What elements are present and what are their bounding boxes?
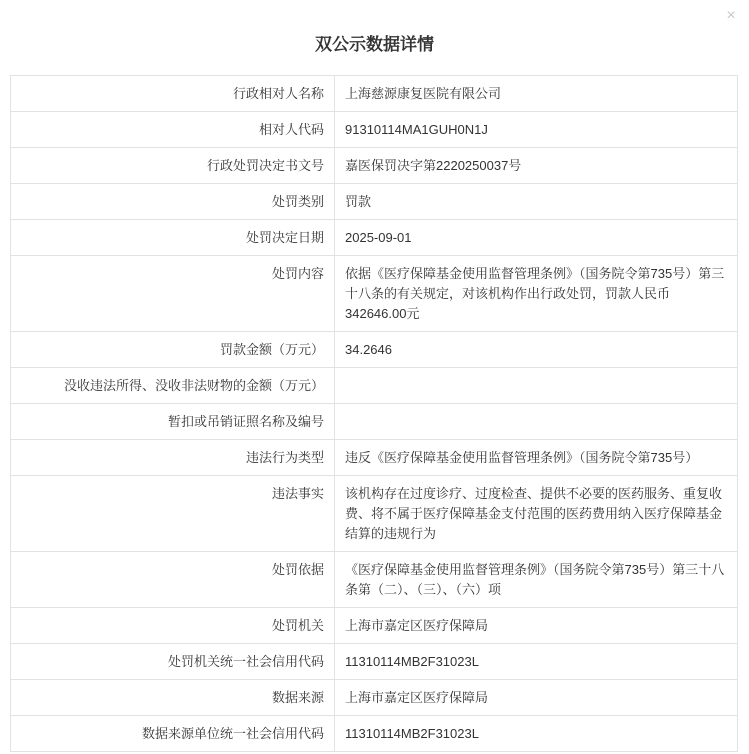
table-row: 行政相对人名称上海慈源康复医院有限公司 xyxy=(11,76,738,112)
row-value: 《医疗保障基金使用监督管理条例》（国务院令第735号）第三十八条第（二）、（三）… xyxy=(335,552,738,608)
row-value xyxy=(335,404,738,440)
close-icon[interactable]: × xyxy=(723,8,739,24)
table-row: 处罚机关统一社会信用代码11310114MB2F31023L xyxy=(11,644,738,680)
table-row: 相对人代码91310114MA1GUH0N1J xyxy=(11,112,738,148)
row-value: 罚款 xyxy=(335,184,738,220)
table-row: 没收违法所得、没收非法财物的金额（万元） xyxy=(11,368,738,404)
table-row: 违法事实该机构存在过度诊疗、过度检查、提供不必要的医药服务、重复收费、将不属于医… xyxy=(11,476,738,552)
dialog-title: 双公示数据详情 xyxy=(0,30,749,55)
row-value: 11310114MB2F31023L xyxy=(335,716,738,752)
row-value: 嘉医保罚决字第2220250037号 xyxy=(335,148,738,184)
row-value: 91310114MA1GUH0N1J xyxy=(335,112,738,148)
row-value: 2025-09-01 xyxy=(335,220,738,256)
row-value: 上海慈源康复医院有限公司 xyxy=(335,76,738,112)
table-row: 处罚内容依据《医疗保障基金使用监督管理条例》（国务院令第735号）第三十八条的有… xyxy=(11,256,738,332)
table-row: 处罚机关上海市嘉定区医疗保障局 xyxy=(11,608,738,644)
row-label: 处罚机关 xyxy=(11,608,335,644)
row-label: 相对人代码 xyxy=(11,112,335,148)
row-label: 处罚类别 xyxy=(11,184,335,220)
row-value: 上海市嘉定区医疗保障局 xyxy=(335,608,738,644)
row-value: 上海市嘉定区医疗保障局 xyxy=(335,680,738,716)
table-row: 行政处罚决定书文号嘉医保罚决字第2220250037号 xyxy=(11,148,738,184)
row-value: 11310114MB2F31023L xyxy=(335,644,738,680)
row-label: 处罚依据 xyxy=(11,552,335,608)
row-value: 依据《医疗保障基金使用监督管理条例》（国务院令第735号）第三十八条的有关规定，… xyxy=(335,256,738,332)
table-row: 处罚依据《医疗保障基金使用监督管理条例》（国务院令第735号）第三十八条第（二）… xyxy=(11,552,738,608)
table-row: 暂扣或吊销证照名称及编号 xyxy=(11,404,738,440)
row-value: 34.2646 xyxy=(335,332,738,368)
row-value xyxy=(335,368,738,404)
row-value: 违反《医疗保障基金使用监督管理条例》（国务院令第735号） xyxy=(335,440,738,476)
row-label: 罚款金额（万元） xyxy=(11,332,335,368)
row-label: 数据来源单位统一社会信用代码 xyxy=(11,716,335,752)
row-label: 处罚决定日期 xyxy=(11,220,335,256)
table-row: 处罚类别罚款 xyxy=(11,184,738,220)
row-label: 没收违法所得、没收非法财物的金额（万元） xyxy=(11,368,335,404)
row-value: 该机构存在过度诊疗、过度检查、提供不必要的医药服务、重复收费、将不属于医疗保障基… xyxy=(335,476,738,552)
table-row: 罚款金额（万元）34.2646 xyxy=(11,332,738,368)
row-label: 数据来源 xyxy=(11,680,335,716)
table-row: 数据来源单位统一社会信用代码11310114MB2F31023L xyxy=(11,716,738,752)
table-row: 违法行为类型违反《医疗保障基金使用监督管理条例》（国务院令第735号） xyxy=(11,440,738,476)
row-label: 暂扣或吊销证照名称及编号 xyxy=(11,404,335,440)
row-label: 违法事实 xyxy=(11,476,335,552)
row-label: 处罚内容 xyxy=(11,256,335,332)
table-row: 数据来源上海市嘉定区医疗保障局 xyxy=(11,680,738,716)
row-label: 违法行为类型 xyxy=(11,440,335,476)
details-table: 行政相对人名称上海慈源康复医院有限公司 相对人代码91310114MA1GUH0… xyxy=(10,75,738,752)
row-label: 处罚机关统一社会信用代码 xyxy=(11,644,335,680)
row-label: 行政相对人名称 xyxy=(11,76,335,112)
table-row: 处罚决定日期2025-09-01 xyxy=(11,220,738,256)
row-label: 行政处罚决定书文号 xyxy=(11,148,335,184)
